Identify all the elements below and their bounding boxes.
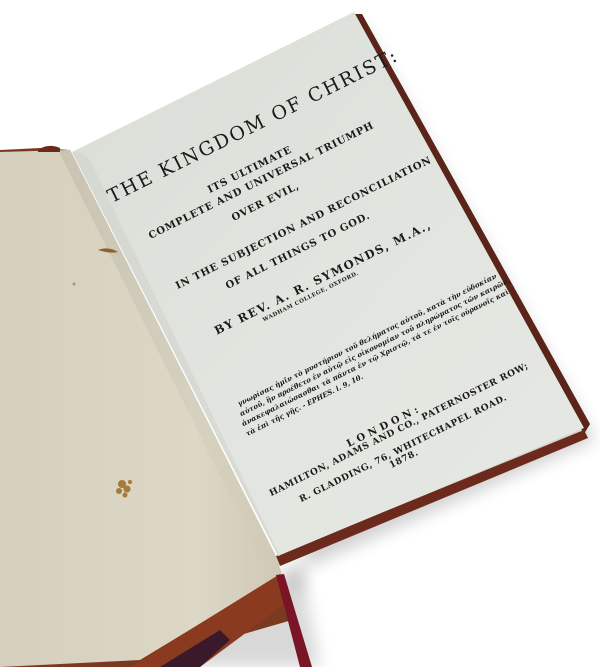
open-book [0,0,600,667]
book-photo: THE KINGDOM OF CHRIST: ITS ULTIMATE COMP… [0,0,600,667]
